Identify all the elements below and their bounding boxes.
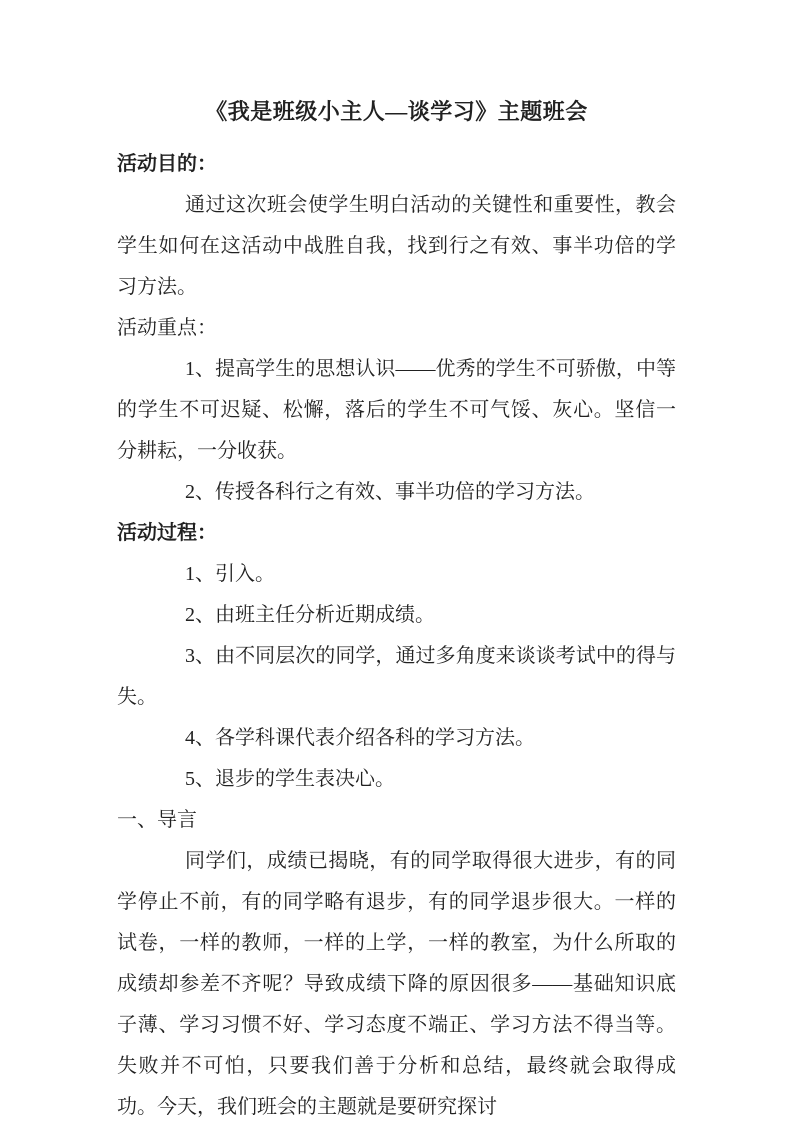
heading-activity-focus: 活动重点： [117,308,676,349]
process-item-2: 2、由班主任分析近期成绩。 [117,595,676,636]
process-item-3: 3、由不同层次的同学，通过多角度来谈谈考试中的得与失。 [117,636,676,718]
process-item-1: 1、引入。 [117,554,676,595]
process-item-5: 5、退步的学生表决心。 [117,759,676,800]
document-title: 《我是班级小主人—谈学习》主题班会 [117,94,676,130]
paragraph-introduction-body: 同学们，成绩已揭晓，有的同学取得很大进步，有的同学停止不前，有的同学略有退步，有… [117,841,676,1122]
paragraph-purpose-body: 通过这次班会使学生明白活动的关键性和重要性，教会学生如何在这活动中战胜自我，找到… [117,185,676,308]
document-page: 《我是班级小主人—谈学习》主题班会 活动目的： 通过这次班会使学生明白活动的关键… [0,0,793,1122]
heading-activity-purpose: 活动目的： [117,144,676,185]
heading-introduction: 一、导言 [117,800,676,841]
focus-item-1: 1、提高学生的思想认识——优秀的学生不可骄傲，中等的学生不可迟疑、松懈，落后的学… [117,349,676,472]
process-item-4: 4、各学科课代表介绍各科的学习方法。 [117,718,676,759]
heading-activity-process: 活动过程： [117,513,676,554]
focus-item-2: 2、传授各科行之有效、事半功倍的学习方法。 [117,472,676,513]
